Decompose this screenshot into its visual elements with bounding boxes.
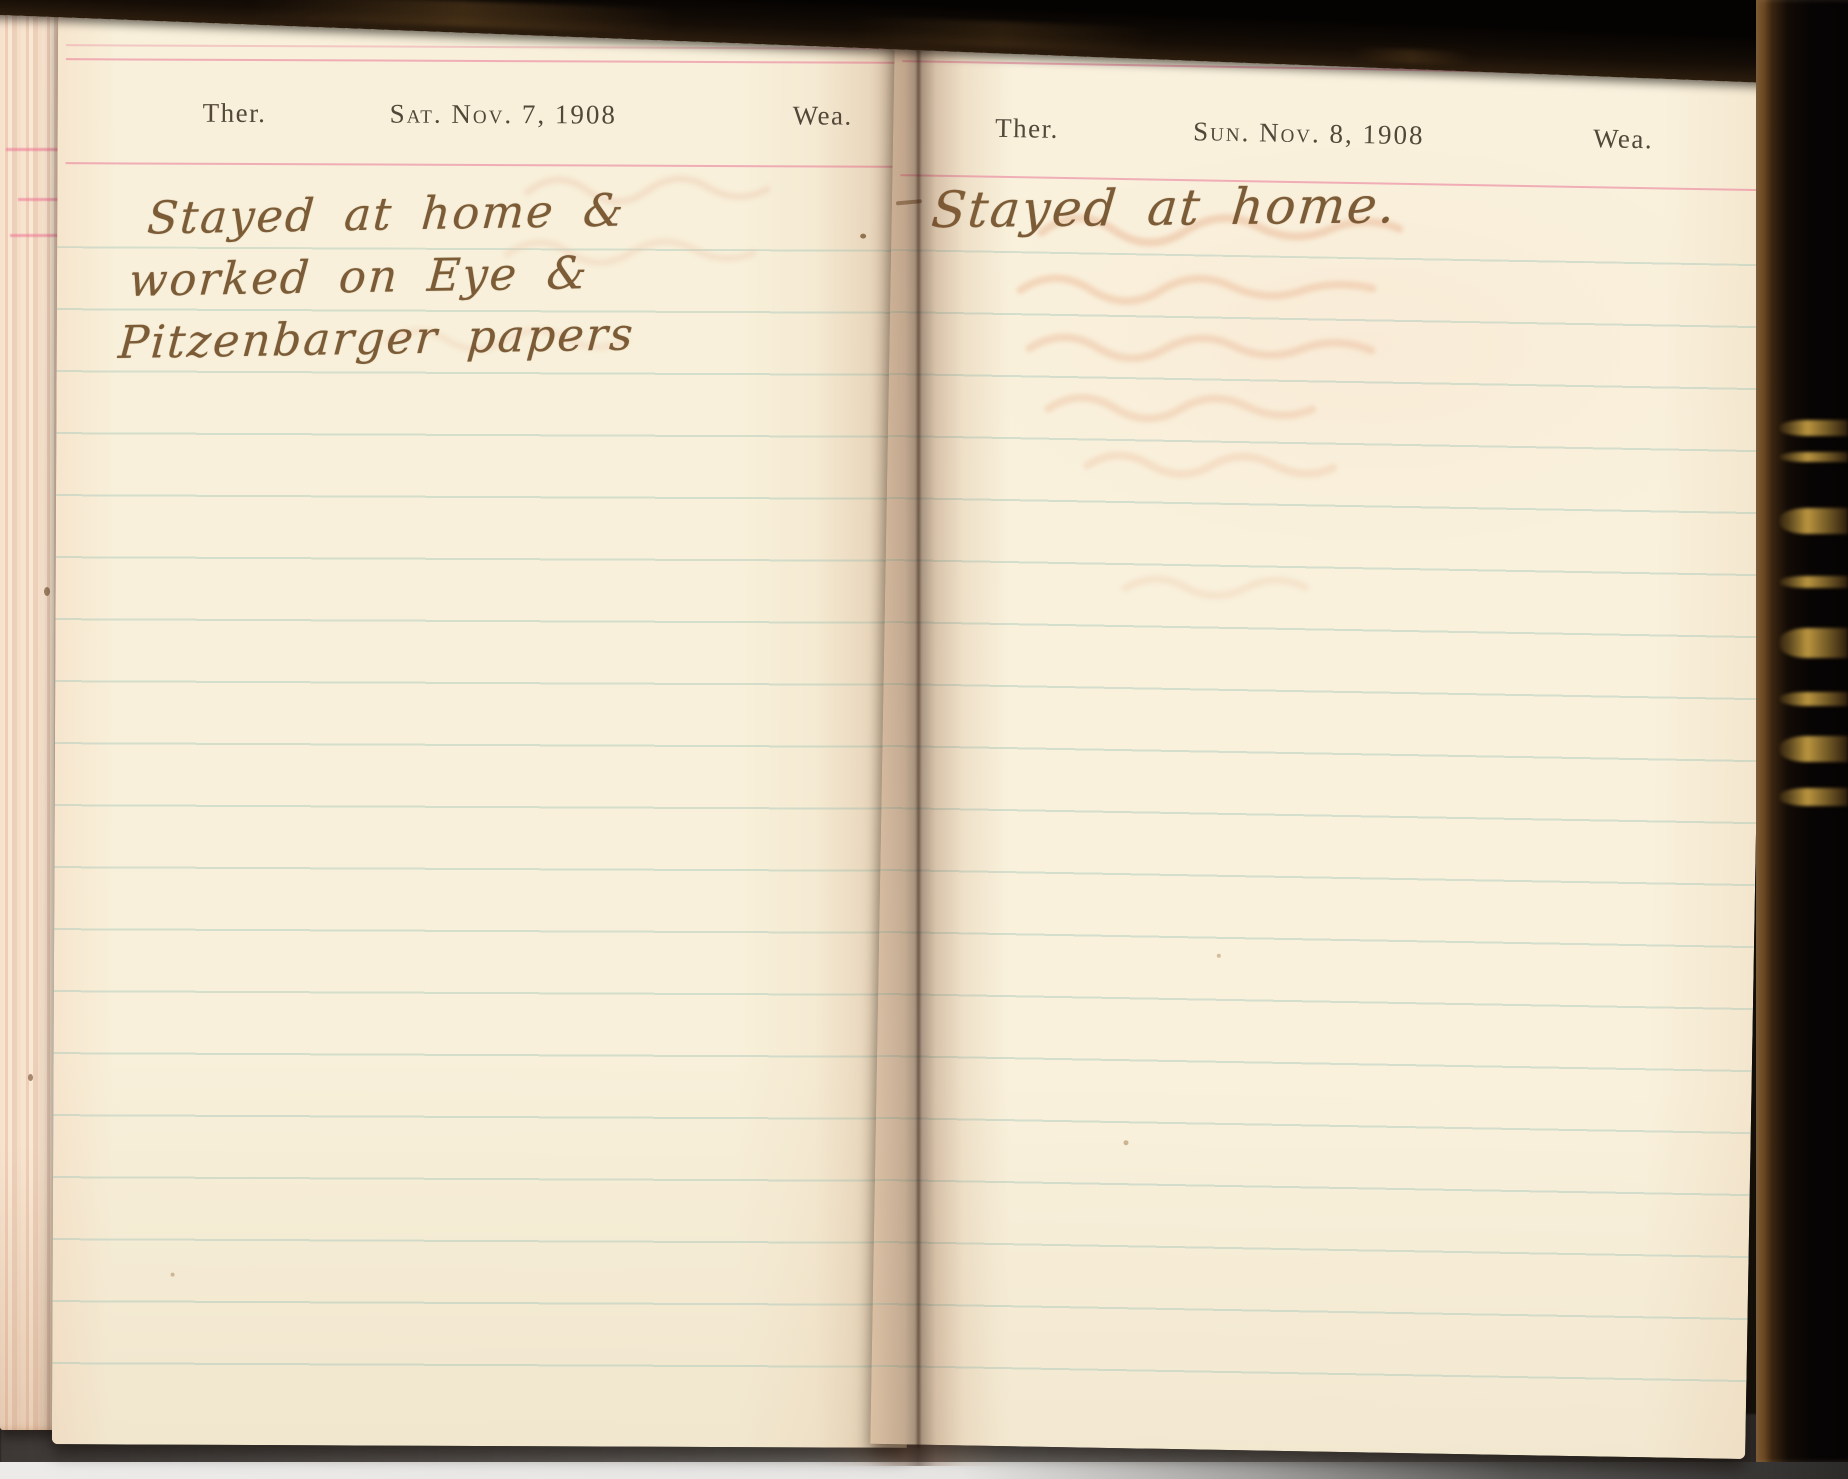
foxing-spot — [1123, 1140, 1128, 1145]
page-date: Sun. Nov. 8, 1908 — [1193, 116, 1425, 160]
ruled-lines — [871, 249, 1766, 1437]
handwritten-line: worked on Eye & — [127, 241, 641, 312]
gilt-page-edges — [1780, 736, 1848, 762]
gilt-page-edges — [1780, 508, 1848, 534]
handwritten-line: Stayed at home & — [145, 179, 645, 249]
cover-scratch — [1351, 47, 1471, 66]
book-cover-right — [1756, 0, 1848, 1462]
pink-rule-top — [66, 58, 907, 64]
scan-edge-strip — [0, 1462, 1848, 1479]
handwritten-line: Stayed at home. — [929, 174, 1400, 241]
thermometer-label: Ther. — [995, 113, 1059, 154]
gilt-page-edges — [1780, 576, 1848, 588]
ink-dot — [860, 234, 866, 239]
handwritten-line: Pitzenbarger papers — [116, 303, 636, 374]
stray-pen-mark — [896, 199, 922, 205]
gilt-page-edges — [1780, 452, 1848, 462]
ruled-lines — [52, 246, 912, 1426]
diary-page-right: Ther. Sun. Nov. 8, 1908 Wea. Stayed at h… — [870, 24, 1770, 1459]
foxing-spot — [1217, 954, 1221, 958]
gilt-page-edges — [1780, 628, 1848, 658]
weather-label: Wea. — [793, 100, 853, 140]
cover-scratch — [852, 16, 1153, 53]
gilt-page-edges — [1780, 692, 1848, 706]
diary-entry-left: Stayed at home & worked on Eye & Pitzenb… — [122, 179, 645, 374]
foxing-spot — [171, 1273, 175, 1277]
foxing-spot — [44, 587, 50, 596]
foxing-spot — [28, 1074, 33, 1081]
diary-page-left: Ther. Sat. Nov. 7, 1908 Wea. Stayed at h… — [52, 10, 913, 1448]
page-date: Sat. Nov. 7, 1908 — [390, 99, 617, 140]
diary-photo: Ther. Sat. Nov. 7, 1908 Wea. Stayed at h… — [0, 0, 1848, 1479]
diary-entry-right: Stayed at home. — [929, 174, 1400, 241]
gilt-page-edges — [1780, 788, 1848, 806]
weather-label: Wea. — [1593, 123, 1654, 164]
pink-rule-under-header — [65, 162, 906, 168]
gilt-page-edges — [1780, 420, 1848, 436]
thermometer-label: Ther. — [203, 98, 267, 138]
